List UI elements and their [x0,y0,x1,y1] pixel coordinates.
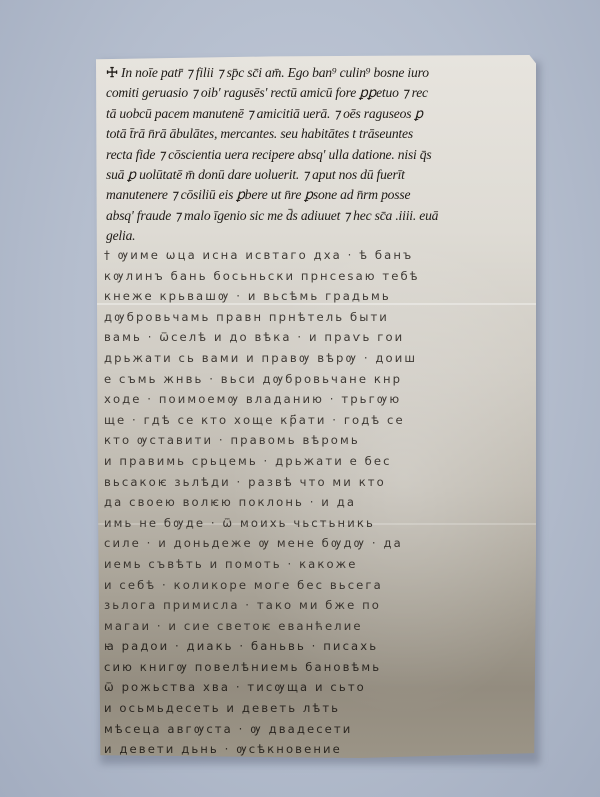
cyrillic-line: кѹлинъ бань босьньски прнсеѕаю тебѣ [104,266,530,287]
latin-line: totā t̄rā n̄rā ābulātes, mercantes. seu … [106,124,526,144]
cyrillic-line: и правимь срьцемь · дрьжати е бес [104,451,530,472]
latin-line: gelia. [106,226,526,246]
cyrillic-line: и осьмьдесеть и деветь лѣть [104,698,530,719]
latin-line: suā ꝑ uolūtatē m̄ donū dare uoluerit. ⁊ … [106,165,526,185]
cyrillic-line: ще · гдѣ се кто хоще кр҃ати · годѣ се [104,410,530,431]
cyrillic-line: ꙗ радои · диакь · баньвь · писахь [104,636,530,657]
cyrillic-line: дѹбровьчамь правн прнѣтель быти [104,307,530,328]
cyrillic-line: имь не бѹде · ѿ моихь чьстьникь [104,513,530,534]
cyrillic-line: † ѹиме ѡца исна исвтаго дха · ѣ банъ [104,245,530,266]
cyrillic-line: да своею волѥю поклонь · и да [104,492,530,513]
cyrillic-line: иемь съвѣть и помоть · какоже [104,554,530,575]
latin-text-section: ☩In noīe patr̄ ⁊ filii ⁊ sp̄c sc̄i am̄. … [106,63,526,247]
cyrillic-line: магаи · и сие светоѥ еванћелие [104,616,530,637]
cross-icon: ☩ [106,65,118,80]
latin-line: recta fide ⁊ cōscientia uera recipere ab… [106,145,526,165]
latin-line: ☩In noīe patr̄ ⁊ filii ⁊ sp̄c sc̄i am̄. … [106,63,526,83]
cyrillic-line: кнеже крьвашѹ · и вьсѣмь градьмь [104,286,530,307]
cyrillic-line: и себѣ · коликоре моге бес вьсега [104,575,530,596]
cyrillic-line: вьсакоѥ зьлѣди · развѣ что ми кто [104,472,530,493]
cyrillic-line: силе · и доньдеже ѹ мене бѹдѹ · да [104,533,530,554]
cyrillic-line: зьлога примисла · тако ми бже по [104,595,530,616]
latin-line: manutenere ⁊ cōsiliū eis ꝑbere ut n̄re ꝑ… [106,185,526,205]
cyrillic-line: мѣсеца авгѹста · ѹ двадесети [104,719,530,740]
latin-line: tā uobcū pacem manutenē ⁊ amicitiā uerā.… [106,104,526,124]
cyrillic-line: вамь · ѿселѣ и до вѣка · и праѵь гои [104,327,530,348]
cyrillic-text-section: † ѹиме ѡца исна исвтаго дха · ѣ банъ кѹл… [104,245,530,758]
charter-parchment: ☩In noīe patr̄ ⁊ filii ⁊ sp̄c sc̄i am̄. … [96,55,536,758]
cyrillic-line: ходе · поимоемѹ владанию · трьгѹю [104,389,530,410]
cyrillic-line: дрьжати сь вами и правѹ вѣрѹ · доиш [104,348,530,369]
cyrillic-line: е съмь жнвь · вьси дѹбровьчане кнр [104,369,530,390]
cyrillic-line: сию книгѹ повелѣниемь бановѣмь [104,657,530,678]
cyrillic-line: ѿ рожьства хва · тисѹща и сьто [104,677,530,698]
cyrillic-line: кто ѹставити · правомь вѣромь [104,430,530,451]
latin-line: comiti geruasio ⁊ oib' ragusēs' rectū am… [106,83,526,103]
latin-line: absq' fraude ⁊ malo īgenio sic me d̄s ad… [106,206,526,226]
